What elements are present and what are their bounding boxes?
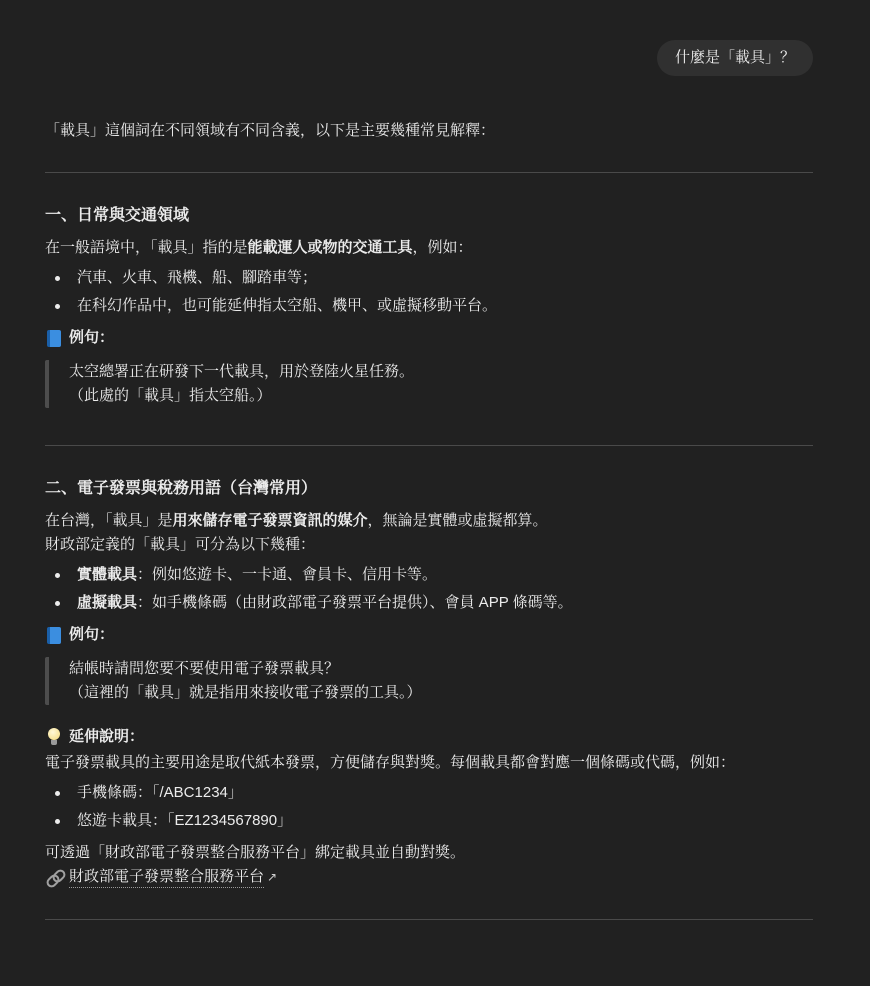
example-quote: 結帳時請問您要不要使用電子發票載具？ （這裡的「載具」就是指用來接收電子發票的工… <box>45 657 813 705</box>
bold-text: 用來儲存電子發票資訊的媒介 <box>173 512 368 529</box>
example-label-text: 例句： <box>69 326 114 350</box>
bold-text: 能載運人或物的交通工具 <box>248 239 413 256</box>
extension-paragraph: 電子發票載具的主要用途是取代紙本發票，方便儲存與對獎。每個載具都會對應一個條碼或… <box>45 751 813 775</box>
section-1-title: 一、日常與交通領域 <box>45 204 813 228</box>
external-link-arrow-icon: ↗ <box>267 865 277 889</box>
text: ，例如： <box>413 239 473 256</box>
link-icon <box>45 868 65 886</box>
einvoice-platform-link[interactable]: 財政部電子發票整合服務平台 <box>69 867 264 888</box>
list-item: 虛擬載具：如手機條碼（由財政部電子發票平台提供）、會員 APP 條碼等。 <box>45 589 813 617</box>
book-icon <box>47 627 61 644</box>
quote-line: 太空總署正在研發下一代載具，用於登陸火星任務。 <box>69 360 813 384</box>
section-2-title: 二、電子發票與稅務用語（台灣常用） <box>45 477 813 501</box>
quote-line: 結帳時請問您要不要使用電子發票載具？ <box>69 657 813 681</box>
assistant-answer: 「載具」這個詞在不同領域有不同含義，以下是主要幾種常見解釋： 一、日常與交通領域… <box>45 119 813 920</box>
answer-intro: 「載具」這個詞在不同領域有不同含義，以下是主要幾種常見解釋： <box>45 119 813 143</box>
text: 在一般語境中，「載具」指的是 <box>45 239 248 256</box>
example-quote: 太空總署正在研發下一代載具，用於登陸火星任務。 （此處的「載具」指太空船。） <box>45 360 813 408</box>
example-label-text: 例句： <box>69 623 114 647</box>
list-item: 在科幻作品中，也可能延伸指太空船、機甲、或虛擬移動平台。 <box>45 292 813 320</box>
quote-line: （這裡的「載具」就是指用來接收電子發票的工具。） <box>69 681 813 705</box>
extension-label: 延伸說明： <box>45 725 813 749</box>
closing-paragraph: 可透過「財政部電子發票整合服務平台」綁定載具並自動對獎。 <box>45 841 813 865</box>
book-icon <box>47 330 61 347</box>
section-1-paragraph: 在一般語境中，「載具」指的是能載運人或物的交通工具，例如： <box>45 236 813 260</box>
list-item: 汽車、火車、飛機、船、腳踏車等； <box>45 264 813 292</box>
text: ：如手機條碼（由財政部電子發票平台提供）、會員 APP 條碼等。 <box>137 594 573 611</box>
section-divider <box>45 919 813 920</box>
section-2-list: 實體載具：例如悠遊卡、一卡通、會員卡、信用卡等。 虛擬載具：如手機條碼（由財政部… <box>45 561 813 617</box>
list-item: 手機條碼：「/ABC1234」 <box>45 779 813 807</box>
bold-text: 實體載具 <box>77 566 137 583</box>
extension-list: 手機條碼：「/ABC1234」 悠遊卡載具：「EZ1234567890」 <box>45 779 813 835</box>
list-item: 悠遊卡載具：「EZ1234567890」 <box>45 807 813 835</box>
link-row: 財政部電子發票整合服務平台 ↗ <box>45 865 813 889</box>
extension-label-text: 延伸說明： <box>69 725 144 749</box>
section-divider <box>45 445 813 446</box>
quote-line: （此處的「載具」指太空船。） <box>69 384 813 408</box>
text: ，無論是實體或虛擬都算。 <box>368 512 548 529</box>
user-message-bubble: 什麼是「載具」？ <box>657 40 813 76</box>
section-divider <box>45 172 813 173</box>
bold-text: 虛擬載具 <box>77 594 137 611</box>
text: ：例如悠遊卡、一卡通、會員卡、信用卡等。 <box>137 566 437 583</box>
example-label: 例句： <box>45 623 813 647</box>
list-item: 實體載具：例如悠遊卡、一卡通、會員卡、信用卡等。 <box>45 561 813 589</box>
chat-page: 什麼是「載具」？ 「載具」這個詞在不同領域有不同含義，以下是主要幾種常見解釋： … <box>0 0 870 986</box>
section-2-paragraph-2: 財政部定義的「載具」可分為以下幾種： <box>45 533 813 557</box>
section-2-paragraph-1: 在台灣，「載具」是用來儲存電子發票資訊的媒介，無論是實體或虛擬都算。 <box>45 509 813 533</box>
section-1-list: 汽車、火車、飛機、船、腳踏車等； 在科幻作品中，也可能延伸指太空船、機甲、或虛擬… <box>45 264 813 320</box>
example-label: 例句： <box>45 326 813 350</box>
lightbulb-icon <box>45 728 63 746</box>
user-message-row: 什麼是「載具」？ <box>657 40 813 76</box>
text: 在台灣，「載具」是 <box>45 512 173 529</box>
